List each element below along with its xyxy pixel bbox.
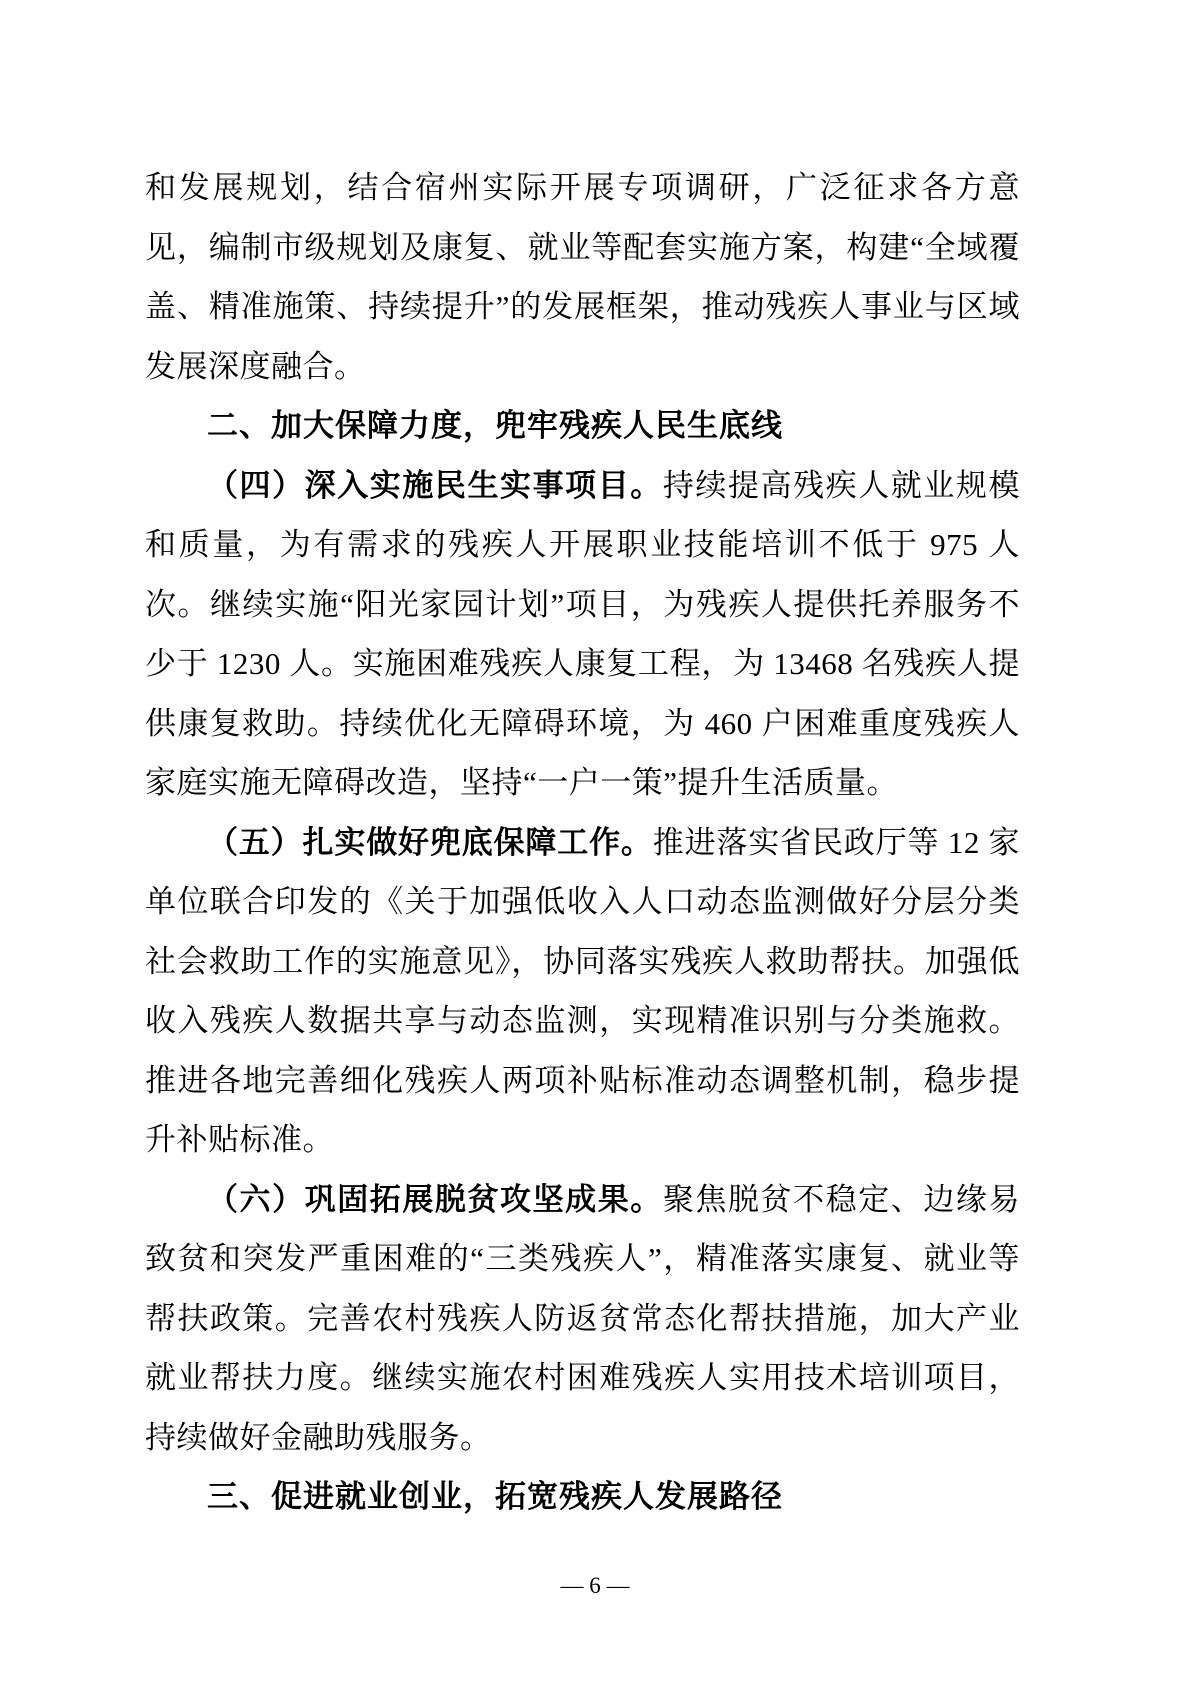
paragraph-item-5-text: 推进落实省民政厅等 12 家单位联合印发的《关于加强低收入人口动态监测做好分层分… [145, 825, 1020, 1158]
page-number: — 6 — [561, 1573, 630, 1598]
section-heading-2: 二、加大保障力度，兜牢残疾人民生底线 [145, 396, 1020, 456]
paragraph-item-6-lead: （六）巩固拓展脱贫攻坚成果。 [207, 1182, 663, 1217]
paragraph-item-4: （四）深入实施民生实事项目。持续提高残疾人就业规模和质量，为有需求的残疾人开展职… [145, 456, 1020, 813]
paragraph-item-4-text: 持续提高残疾人就业规模和质量，为有需求的残疾人开展职业技能培训不低于 975 人… [145, 468, 1020, 801]
paragraph-item-4-lead: （四）深入实施民生实事项目。 [207, 468, 663, 503]
paragraph-item-6: （六）巩固拓展脱贫攻坚成果。聚焦脱贫不稳定、边缘易致贫和突发严重困难的“三类残疾… [145, 1170, 1020, 1468]
paragraph-item-5-lead: （五）扎实做好兜底保障工作。 [207, 825, 653, 860]
document-page: 和发展规划，结合宿州实际开展专项调研，广泛征求各方意见，编制市级规划及康复、就业… [0, 0, 1190, 1683]
document-body: 和发展规划，结合宿州实际开展专项调研，广泛征求各方意见，编制市级规划及康复、就业… [145, 158, 1020, 1527]
paragraph-item-6-text: 聚焦脱贫不稳定、边缘易致贫和突发严重困难的“三类残疾人”，精准落实康复、就业等帮… [145, 1182, 1020, 1455]
section-heading-3: 三、促进就业创业，拓宽残疾人发展路径 [145, 1467, 1020, 1527]
paragraph-planning-continuation: 和发展规划，结合宿州实际开展专项调研，广泛征求各方意见，编制市级规划及康复、就业… [145, 158, 1020, 396]
page-footer: — 6 — [0, 1570, 1190, 1602]
paragraph-item-5: （五）扎实做好兜底保障工作。推进落实省民政厅等 12 家单位联合印发的《关于加强… [145, 813, 1020, 1170]
